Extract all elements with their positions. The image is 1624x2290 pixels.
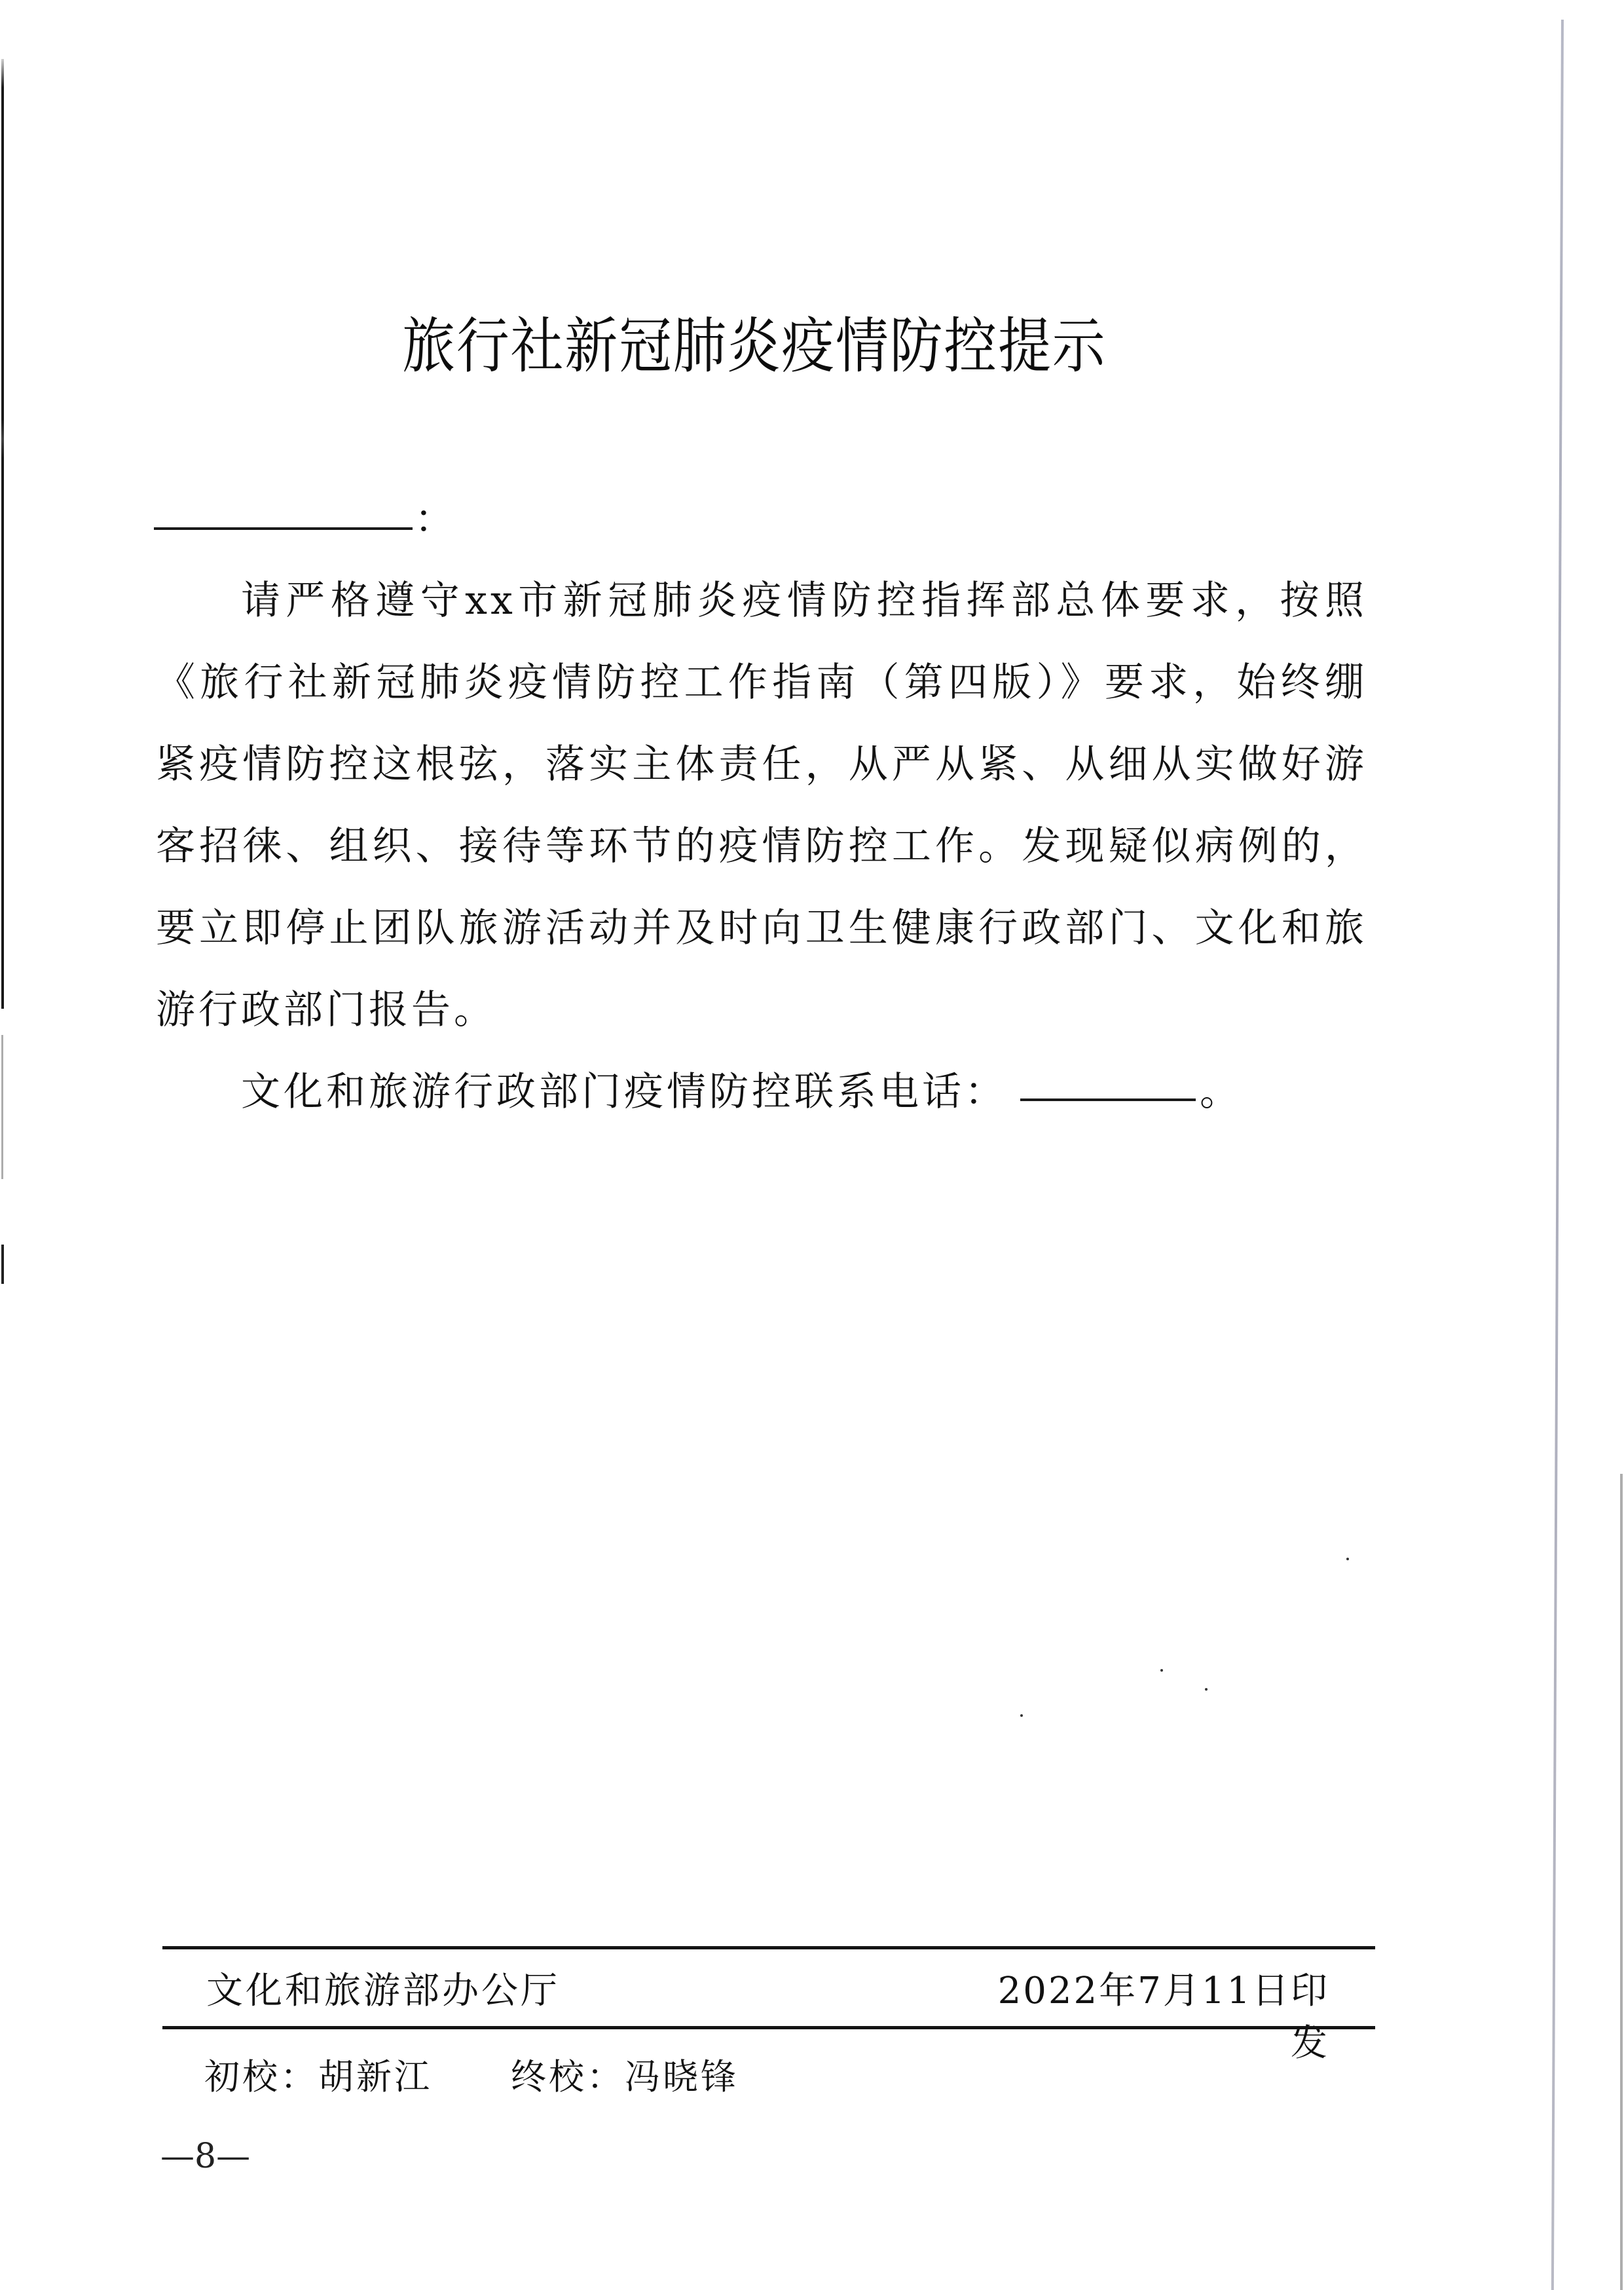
document-title: 旅行社新冠肺炎疫情防控提示 [92, 298, 1417, 385]
scan-noise-dot [1020, 1714, 1023, 1717]
scan-edge-right [1551, 20, 1564, 2290]
body-text: 请严格遵守xx市新冠肺炎疫情防控指挥部总体要求，按照《旅行社新冠肺炎疫情防控工作… [156, 560, 1367, 1051]
scan-noise-dot [1205, 1688, 1208, 1691]
scan-edge-left [1, 59, 4, 1009]
final-proof-name: 冯晓锋 [625, 2056, 739, 2097]
first-proof-label: 初校： [204, 2056, 318, 2097]
first-proof-name: 胡新江 [318, 2056, 432, 2097]
page-number: —8— [160, 2137, 250, 2176]
proofreaders-line: 初校：胡新江终校：冯晓锋 [204, 2049, 739, 2099]
scan-noise-dot [1346, 1558, 1349, 1560]
issue-date: 2022年7月11日印发 [982, 1962, 1329, 2067]
phone-blank [1020, 1098, 1196, 1101]
contact-end-punct: 。 [1200, 1069, 1242, 1115]
salutation-line: ： [154, 488, 481, 534]
footer-rule-top [162, 1946, 1375, 1949]
scan-edge-left-fragment [1, 1245, 4, 1284]
final-proof-label: 终校： [511, 2056, 625, 2097]
contact-label: 文化和旅游行政部门疫情防控联系电话： [241, 1069, 1007, 1115]
scan-noise-dot [1160, 1669, 1163, 1672]
salutation-colon: ： [415, 488, 454, 544]
recipient-blank [154, 527, 413, 530]
body-paragraph: 请严格遵守xx市新冠肺炎疫情防控指挥部总体要求，按照《旅行社新冠肺炎疫情防控工作… [156, 560, 1367, 1051]
scan-edge-right-outer [1620, 1474, 1623, 2290]
issuer-name: 文化和旅游部办公厅 [206, 1962, 560, 2014]
contact-line: 文化和旅游行政部门疫情防控联系电话：。 [241, 1051, 1420, 1133]
footer-rule-bottom [162, 2026, 1375, 2029]
scan-edge-left-fragment [1, 1035, 3, 1179]
